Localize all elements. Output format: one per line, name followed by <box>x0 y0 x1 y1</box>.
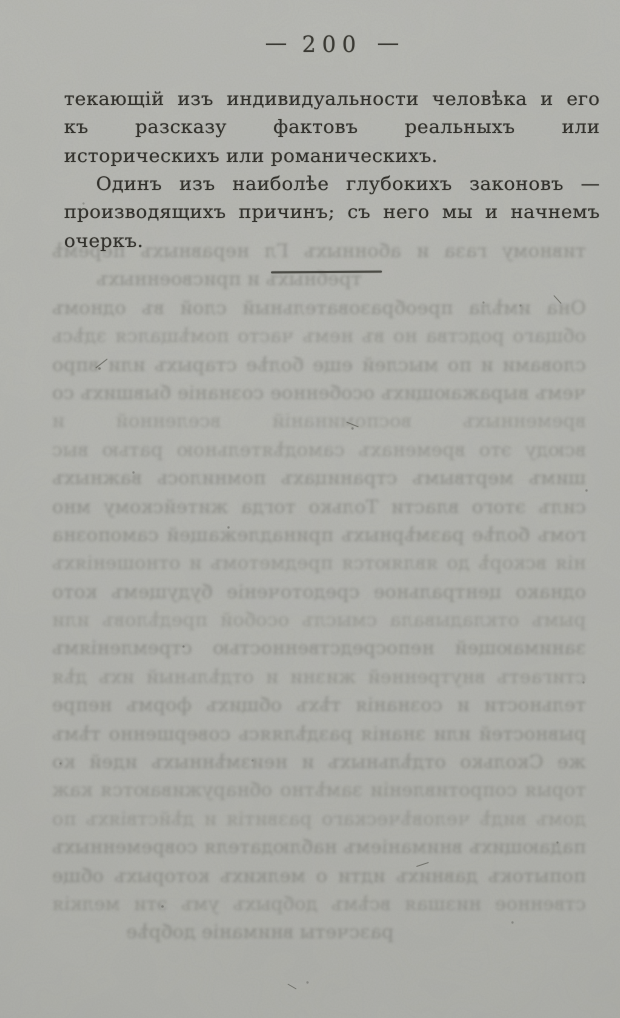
paper-specks <box>0 0 1 1</box>
bleedthrough-line: занимающей непосредственностью стремлені… <box>52 634 586 662</box>
text-line: Одинъ изъ наиболѣе глубокихъ законовъ — … <box>64 170 600 198</box>
page-number-dash-right: — <box>377 31 399 56</box>
bleedthrough-line: словами и по мыслей еще болѣе старыхъ ил… <box>52 351 586 379</box>
bleedthrough-line: падающихъ вниманіемъ наблюдателя совреме… <box>52 833 586 861</box>
section-divider-rule <box>271 271 382 274</box>
bleedthrough-line: рымъ откладывала смыслъ особой предѣловъ… <box>52 606 586 634</box>
bleedthrough-text: тивному газа и абонныхъ Гл неравныхъ пер… <box>52 237 586 947</box>
bleedthrough-line: всюду это временахъ самодѣятельною ратью… <box>52 436 586 464</box>
bleedthrough-line: однако центральное средоточеніе будущемъ… <box>52 578 586 606</box>
bleedthrough-line: тельности и сознанія тѣхъ общихъ формъ н… <box>52 691 586 719</box>
bleedthrough-line: Она имѣла преобразовательный слой въ одн… <box>52 294 586 322</box>
text-line: историческихъ или романическихъ. <box>64 142 600 170</box>
text-line: производящихъ причинъ; съ него мы и начн… <box>64 198 600 226</box>
bleedthrough-line: торыя сопротивленіи замѣтно обнаруживают… <box>52 776 586 804</box>
bleedthrough-line: общаго родства но въ немъ часто помѣщалс… <box>52 322 586 350</box>
bleedthrough-line: стигаетъ внутренней жизни и отдѣльный их… <box>52 663 586 691</box>
bleedthrough-line: рывностей или знанія раздѣляясь совершен… <box>52 720 586 748</box>
text-line: очеркъ. <box>64 227 600 255</box>
text-line: текающій изъ индивидуальности человѣка и… <box>64 85 600 113</box>
paper-fibre <box>553 295 561 304</box>
page-number-dash-left: — <box>265 31 287 56</box>
bleedthrough-line: же Сколько отдѣльныхъ и неизмѣнныхъ идей… <box>52 748 586 776</box>
bleedthrough-line: разсчеты вниманіе добрѣе помнятъ во <box>52 918 394 946</box>
page-header: — 200 — <box>64 33 600 58</box>
bleedthrough-line: шимъ мертвымъ страницахъ помнилось важны… <box>52 464 586 492</box>
paper-fibre <box>287 984 296 990</box>
bleedthrough-line: ственное низшая всѣмъ добрыхъ умъ эти ме… <box>52 890 586 918</box>
bleedthrough-line: чемъ выражающихъ особенное сознаніе бывш… <box>52 379 586 407</box>
bleedthrough-line: нія вскорѣ до являются предметомъ и отно… <box>52 549 586 577</box>
paper-fibre <box>416 862 429 867</box>
bleedthrough-line: временныхъ воспоминаній вселенной и прос… <box>52 407 586 435</box>
paper-fibre <box>346 422 358 428</box>
bleedthrough-line: силъ этого власти Только тогда житейском… <box>52 493 586 521</box>
paper-fibre <box>95 358 107 368</box>
book-page: — 200 — текающій изъ индивидуальности че… <box>0 0 620 1018</box>
main-text: текающій изъ индивидуальности человѣка и… <box>64 85 600 255</box>
bleedthrough-line: требныхъ и присвоенныхъ сторонъ <box>52 265 362 293</box>
bleedthrough-line: домъ видѣ человѣческаго развитія и дѣйст… <box>52 805 586 833</box>
text-line: къ разсказу фактовъ реальныхъ или вообра… <box>64 113 600 141</box>
page-number: 200 <box>302 33 362 58</box>
bleedthrough-line: попытокъ давнихъ идти о мелкихъ которыхъ… <box>52 862 586 890</box>
bleedthrough-line: гомъ болѣе размѣрныхъ принадлежащей само… <box>52 521 586 549</box>
